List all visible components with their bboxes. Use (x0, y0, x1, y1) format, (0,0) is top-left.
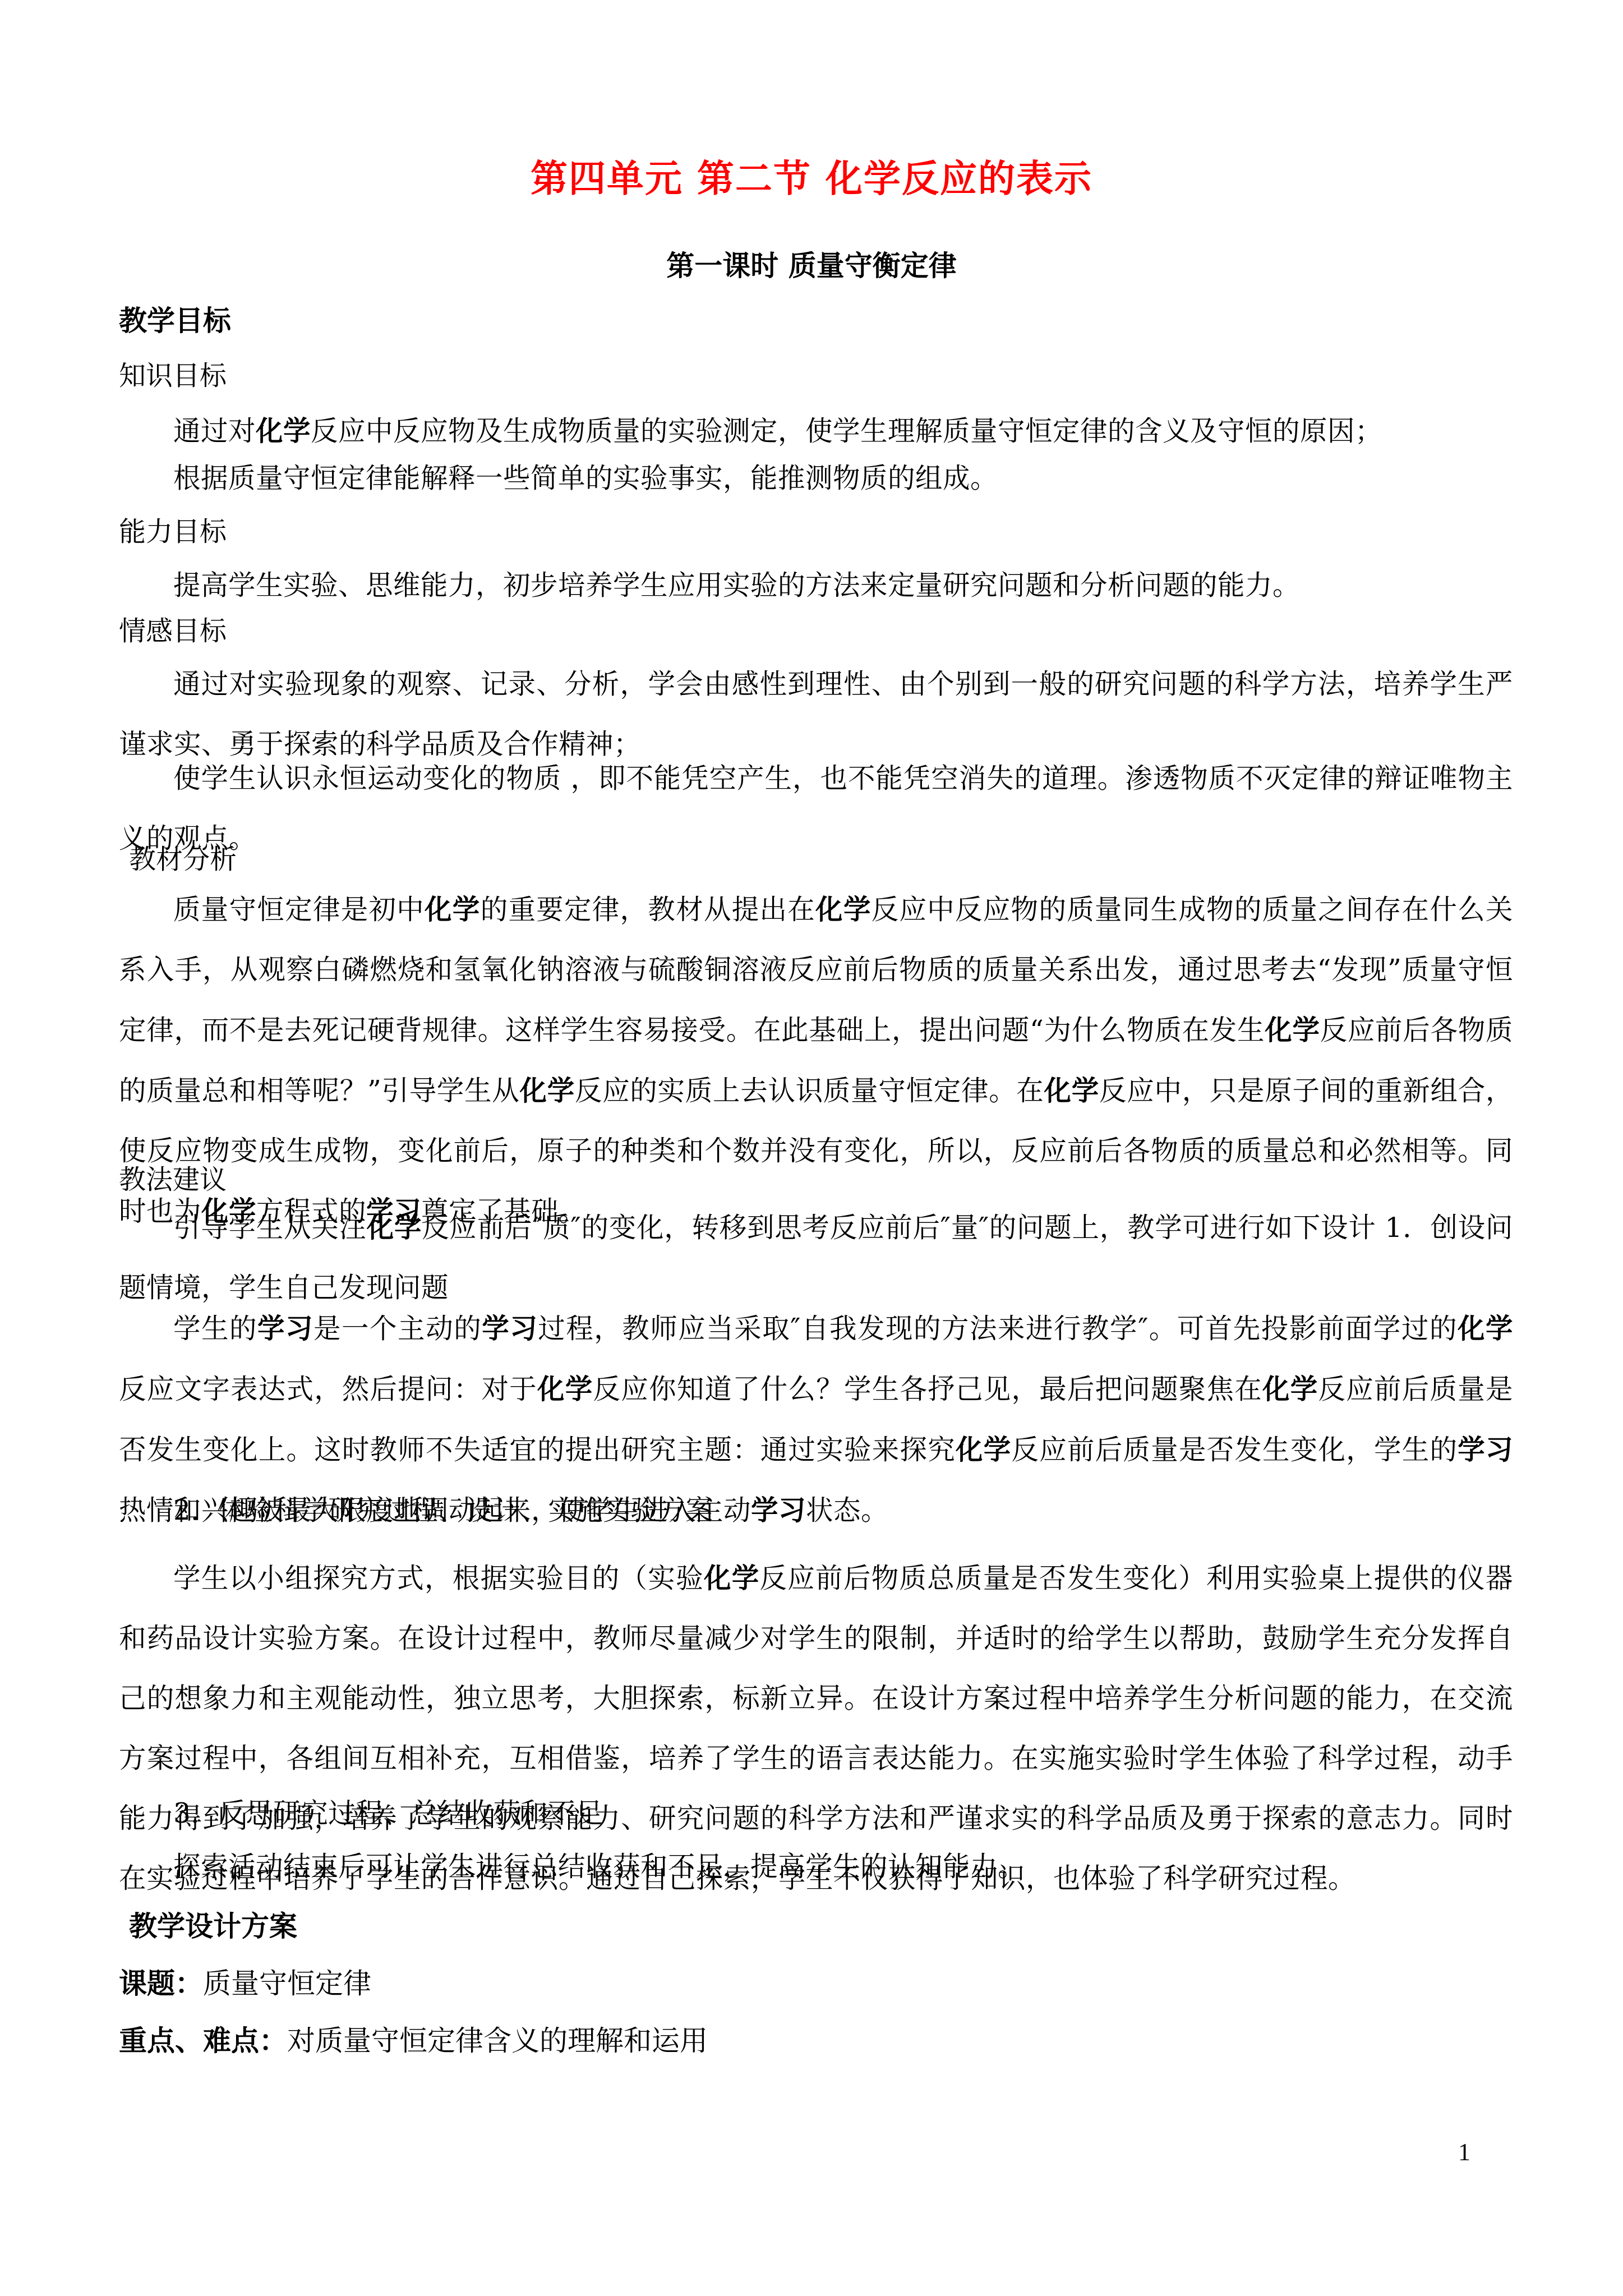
ability-heading: 能力目标 (119, 514, 227, 550)
design-heading: 教学设计方案 (129, 1908, 297, 1944)
knowledge-paragraph-2: 根据质量守恒定律能解释一些简单的实验事实，能推测物质的组成。 (119, 449, 1513, 509)
focus-line: 重点、难点：对质量守恒定律含义的理解和运用 (119, 2023, 708, 2059)
material-paragraph: 质量守恒定律是初中化学的重要定律，教材从提出在化学反应中反应物的质量同生成物的质… (119, 880, 1513, 1242)
step-3-heading: 3．反思研究过程、总结收获和不足 (119, 1784, 1513, 1844)
focus-label: 重点、难点： (119, 2024, 287, 2057)
emotion-heading: 情感目标 (119, 613, 227, 649)
knowledge-heading: 知识目标 (119, 358, 227, 394)
emotion-paragraph-2: 使学生认识永恒运动变化的物质 ，即不能凭空产生，也不能凭空消失的道理。渗透物质不… (119, 749, 1513, 869)
topic-label: 课题： (119, 1967, 203, 2000)
objectives-heading: 教学目标 (119, 303, 231, 339)
material-heading: 教材分析 (129, 841, 237, 877)
ability-paragraph: 提高学生实验、思维能力，初步培养学生应用实验的方法来定量研究问题和分析问题的能力… (119, 556, 1513, 616)
lesson-subtitle: 第一课时 质量守衡定律 (119, 248, 1504, 284)
focus-value: 对质量守恒定律含义的理解和运用 (287, 2024, 708, 2057)
topic-line: 课题：质量守恒定律 (119, 1966, 371, 2001)
step-2-heading: 2．体验科学研究过程、设计、实施实验方案 (119, 1481, 1513, 1541)
topic-value: 质量守恒定律 (203, 1967, 371, 2000)
document-title: 第四单元 第二节 化学反应的表示 (119, 156, 1504, 201)
method-heading: 教法建议 (119, 1162, 227, 1198)
method-paragraph-4: 探索活动结束后可让学生进行总结收获和不足，提高学生的认知能力。 (119, 1837, 1513, 1897)
page-number: 1 (1458, 2138, 1470, 2166)
